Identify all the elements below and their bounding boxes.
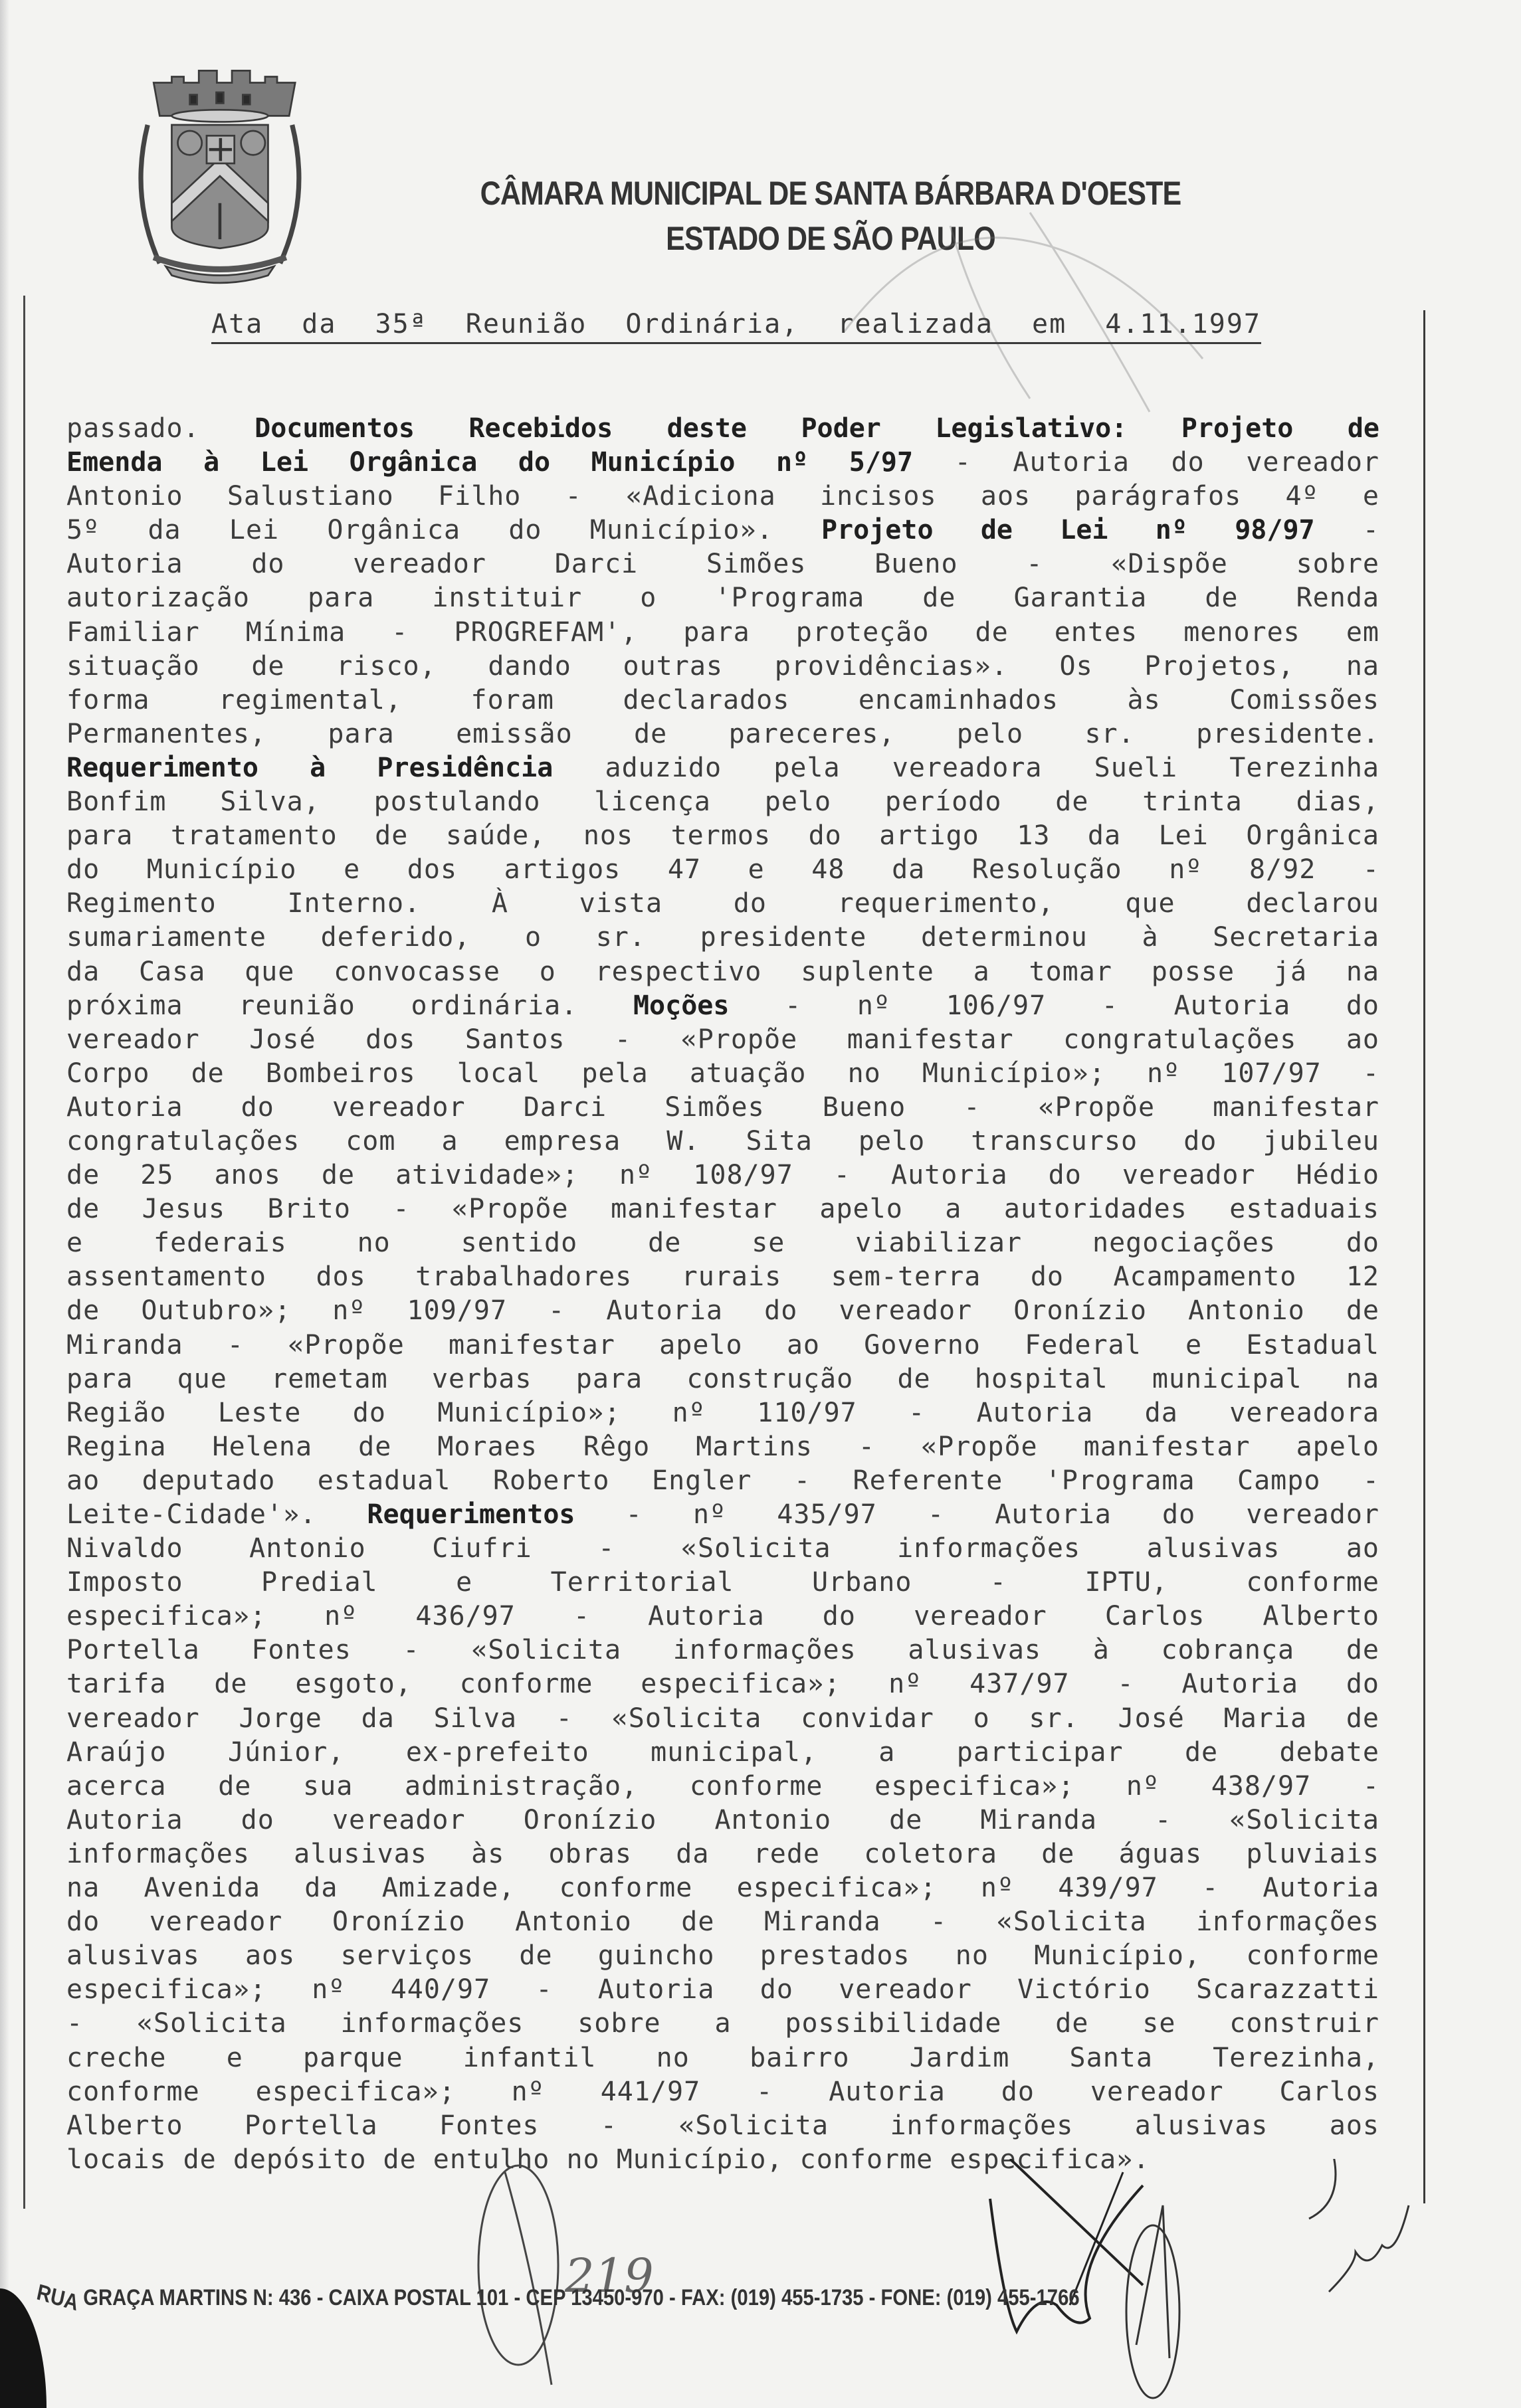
- text-segment: Leite-Cidade'».: [66, 1499, 367, 1530]
- text-line: Autoria do vereador Oronízio Antonio de …: [66, 1804, 1379, 1837]
- text-line: Leite-Cidade'». Requerimentos - nº 435/9…: [66, 1498, 1379, 1532]
- signature-marks: 219: [399, 2159, 1495, 2408]
- text-line: para que remetam verbas para construção …: [66, 1362, 1379, 1396]
- text-segment: - «Solicita informações sobre a possibil…: [66, 2008, 1379, 2039]
- text-segment: Autoria do vereador Oronízio Antonio de …: [66, 1805, 1379, 1835]
- text-line: congratulações com a empresa W. Sita pel…: [66, 1125, 1379, 1158]
- text-line: Nivaldo Antonio Ciufri - «Solicita infor…: [66, 1532, 1379, 1566]
- text-segment: de Jesus Brito - «Propõe manifestar apel…: [66, 1194, 1379, 1224]
- text-segment: Nivaldo Antonio Ciufri - «Solicita infor…: [66, 1533, 1379, 1564]
- text-segment: Bonfim Silva, postulando licença pelo pe…: [66, 787, 1379, 817]
- text-line: forma regimental, foram declarados encam…: [66, 684, 1379, 717]
- text-segment: - nº 435/97 - Autoria do vereador: [575, 1499, 1380, 1530]
- text-line: - «Solicita informações sobre a possibil…: [66, 2007, 1379, 2041]
- text-segment: -: [1315, 515, 1379, 545]
- text-line: Portella Fontes - «Solicita informações …: [66, 1633, 1379, 1667]
- text-line: informações alusivas às obras da rede co…: [66, 1837, 1379, 1871]
- text-line: passado. Documentos Recebidos deste Pode…: [66, 412, 1379, 446]
- text-line: Miranda - «Propõe manifestar apelo ao Go…: [66, 1329, 1379, 1362]
- text-line: Corpo de Bombeiros local pela atuação no…: [66, 1057, 1379, 1091]
- text-line: na Avenida da Amizade, conforme especifi…: [66, 1871, 1379, 1905]
- bold-heading-segment: Moções: [633, 990, 730, 1021]
- text-line: alusivas aos serviços de guincho prestad…: [66, 1939, 1379, 1973]
- text-line: Alberto Portella Fontes - «Solicita info…: [66, 2109, 1379, 2143]
- text-line: Araújo Júnior, ex-prefeito municipal, a …: [66, 1736, 1379, 1770]
- text-line: tarifa de esgoto, conforme especifica»; …: [66, 1667, 1379, 1701]
- text-segment: - nº 106/97 - Autoria do: [729, 990, 1379, 1021]
- text-segment: especifica»; nº 436/97 - Autoria do vere…: [66, 1601, 1379, 1631]
- text-segment: especifica»; nº 440/97 - Autoria do vere…: [66, 1974, 1379, 2005]
- text-line: Regimento Interno. À vista do requerimen…: [66, 887, 1379, 921]
- text-line: conforme especifica»; nº 441/97 - Autori…: [66, 2075, 1379, 2109]
- text-segment: na Avenida da Amizade, conforme especifi…: [66, 1873, 1379, 1903]
- text-segment: Antonio Salustiano Filho - «Adiciona inc…: [66, 481, 1379, 511]
- text-line: e federais no sentido de se viabilizar n…: [66, 1226, 1379, 1260]
- text-line: Antonio Salustiano Filho - «Adiciona inc…: [66, 480, 1379, 513]
- text-segment: para tratamento de saúde, nos termos do …: [66, 820, 1379, 851]
- text-line: Região Leste do Município»; nº 110/97 - …: [66, 1396, 1379, 1430]
- text-line: situação de risco, dando outras providên…: [66, 650, 1379, 684]
- text-line: próxima reunião ordinária. Moções - nº 1…: [66, 989, 1379, 1023]
- text-line: Regina Helena de Moraes Rêgo Martins - «…: [66, 1430, 1379, 1464]
- text-segment: para que remetam verbas para construção …: [66, 1364, 1379, 1394]
- text-segment: Regina Helena de Moraes Rêgo Martins - «…: [66, 1432, 1379, 1462]
- text-segment: e federais no sentido de se viabilizar n…: [66, 1228, 1379, 1258]
- text-segment: acerca de sua administração, conforme es…: [66, 1771, 1379, 1802]
- text-line: da Casa que convocasse o respectivo supl…: [66, 955, 1379, 989]
- text-line: Familiar Mínima - PROGREFAM', para prote…: [66, 616, 1379, 650]
- text-line: de Jesus Brito - «Propõe manifestar apel…: [66, 1192, 1379, 1226]
- bold-heading-segment: Requerimentos: [367, 1499, 575, 1530]
- text-line: vereador Jorge da Silva - «Solicita conv…: [66, 1702, 1379, 1736]
- text-line: 5º da Lei Orgânica do Município». Projet…: [66, 513, 1379, 547]
- text-segment: próxima reunião ordinária.: [66, 990, 633, 1021]
- text-segment: Corpo de Bombeiros local pela atuação no…: [66, 1058, 1379, 1089]
- text-line: Autoria do vereador Darci Simões Bueno -…: [66, 547, 1379, 581]
- text-line: especifica»; nº 440/97 - Autoria do vere…: [66, 1973, 1379, 2007]
- bold-heading-segment: Requerimento à Presidência: [66, 753, 553, 783]
- text-segment: Autoria do vereador Darci Simões Bueno -…: [66, 549, 1379, 579]
- text-segment: de 25 anos de atividade»; nº 108/97 - Au…: [66, 1160, 1379, 1190]
- text-line: sumariamente deferido, o sr. presidente …: [66, 921, 1379, 955]
- minutes-title: Ata da 35ª Reunião Ordinária, realizada …: [211, 309, 1261, 344]
- text-segment: vereador Jorge da Silva - «Solicita conv…: [66, 1703, 1379, 1734]
- footer-address: RUAGRAÇA MARTINS N: 436 - CAIXA POSTAL 1…: [37, 2285, 1225, 2311]
- text-segment: de Outubro»; nº 109/97 - Autoria do vere…: [66, 1295, 1379, 1326]
- text-segment: Familiar Mínima - PROGREFAM', para prote…: [66, 617, 1379, 648]
- text-segment: 5º da Lei Orgânica do Município».: [66, 515, 821, 545]
- text-segment: conforme especifica»; nº 441/97 - Autori…: [66, 2077, 1379, 2107]
- text-line: vereador José dos Santos - «Propõe manif…: [66, 1023, 1379, 1057]
- text-line: assentamento dos trabalhadores rurais se…: [66, 1260, 1379, 1294]
- text-segment: - Autoria do vereador: [913, 447, 1379, 478]
- minutes-body: passado. Documentos Recebidos deste Pode…: [66, 412, 1379, 2177]
- text-segment: da Casa que convocasse o respectivo supl…: [66, 957, 1379, 987]
- bold-heading-segment: Emenda à Lei Orgânica do Município nº 5/…: [66, 447, 913, 478]
- text-segment: sumariamente deferido, o sr. presidente …: [66, 922, 1379, 953]
- text-segment: aduzido pela vereadora Sueli Terezinha: [553, 753, 1379, 783]
- text-segment: forma regimental, foram declarados encam…: [66, 685, 1379, 715]
- text-line: autorização para instituir o 'Programa d…: [66, 581, 1379, 615]
- text-segment: Portella Fontes - «Solicita informações …: [66, 1635, 1379, 1665]
- text-segment: locais de depósito de entulho no Municíp…: [66, 2144, 1150, 2175]
- bold-heading-segment: Documentos Recebidos deste Poder Legisla…: [254, 413, 1379, 444]
- text-line: locais de depósito de entulho no Municíp…: [66, 2143, 1379, 2177]
- text-line: ao deputado estadual Roberto Engler - Re…: [66, 1464, 1379, 1498]
- text-line: do vereador Oronízio Antonio de Miranda …: [66, 1905, 1379, 1939]
- text-segment: alusivas aos serviços de guincho prestad…: [66, 1940, 1379, 1971]
- text-line: acerca de sua administração, conforme es…: [66, 1770, 1379, 1804]
- text-segment: Regimento Interno. À vista do requerimen…: [66, 888, 1379, 919]
- text-segment: Araújo Júnior, ex-prefeito municipal, a …: [66, 1737, 1379, 1768]
- footer-address-text: GRAÇA MARTINS N: 436 - CAIXA POSTAL 101 …: [83, 2285, 1079, 2310]
- text-segment: Alberto Portella Fontes - «Solicita info…: [66, 2110, 1379, 2141]
- page-edge-shadow: [0, 0, 9, 2408]
- text-line: Permanentes, para emissão de pareceres, …: [66, 717, 1379, 751]
- text-segment: do Município e dos artigos 47 e 48 da Re…: [66, 854, 1379, 885]
- footer-street-prefix: RUA: [35, 2280, 81, 2317]
- text-line: de 25 anos de atividade»; nº 108/97 - Au…: [66, 1158, 1379, 1192]
- text-line: Imposto Predial e Territorial Urbano - I…: [66, 1566, 1379, 1600]
- text-line: para tratamento de saúde, nos termos do …: [66, 819, 1379, 853]
- text-line: creche e parque infantil no bairro Jardi…: [66, 2041, 1379, 2075]
- text-segment: assentamento dos trabalhadores rurais se…: [66, 1261, 1379, 1292]
- text-line: do Município e dos artigos 47 e 48 da Re…: [66, 853, 1379, 887]
- text-segment: Autoria do vereador Darci Simões Bueno -…: [66, 1092, 1379, 1123]
- coat-of-arms-icon: [130, 53, 322, 299]
- text-segment: congratulações com a empresa W. Sita pel…: [66, 1126, 1379, 1157]
- text-segment: vereador José dos Santos - «Propõe manif…: [66, 1024, 1379, 1055]
- text-line: Autoria do vereador Darci Simões Bueno -…: [66, 1091, 1379, 1125]
- text-segment: ao deputado estadual Roberto Engler - Re…: [66, 1465, 1379, 1496]
- text-segment: situação de risco, dando outras providên…: [66, 651, 1379, 682]
- left-margin-rule: [23, 296, 25, 2209]
- text-segment: Região Leste do Município»; nº 110/97 - …: [66, 1398, 1379, 1428]
- text-segment: do vereador Oronízio Antonio de Miranda …: [66, 1906, 1379, 1937]
- text-segment: Imposto Predial e Territorial Urbano - I…: [66, 1567, 1379, 1598]
- right-margin-rule: [1423, 310, 1425, 2203]
- text-segment: creche e parque infantil no bairro Jardi…: [66, 2043, 1379, 2073]
- text-line: Emenda à Lei Orgânica do Município nº 5/…: [66, 446, 1379, 480]
- text-segment: Permanentes, para emissão de pareceres, …: [66, 719, 1379, 749]
- text-line: Requerimento à Presidência aduzido pela …: [66, 751, 1379, 785]
- text-line: especifica»; nº 436/97 - Autoria do vere…: [66, 1600, 1379, 1633]
- bold-heading-segment: Projeto de Lei nº 98/97: [821, 515, 1315, 545]
- text-line: de Outubro»; nº 109/97 - Autoria do vere…: [66, 1294, 1379, 1328]
- text-line: Bonfim Silva, postulando licença pelo pe…: [66, 785, 1379, 819]
- text-segment: tarifa de esgoto, conforme especifica»; …: [66, 1669, 1379, 1699]
- text-segment: passado.: [66, 413, 254, 444]
- text-segment: informações alusivas às obras da rede co…: [66, 1839, 1379, 1869]
- text-segment: Miranda - «Propõe manifestar apelo ao Go…: [66, 1330, 1379, 1360]
- text-segment: autorização para instituir o 'Programa d…: [66, 583, 1379, 613]
